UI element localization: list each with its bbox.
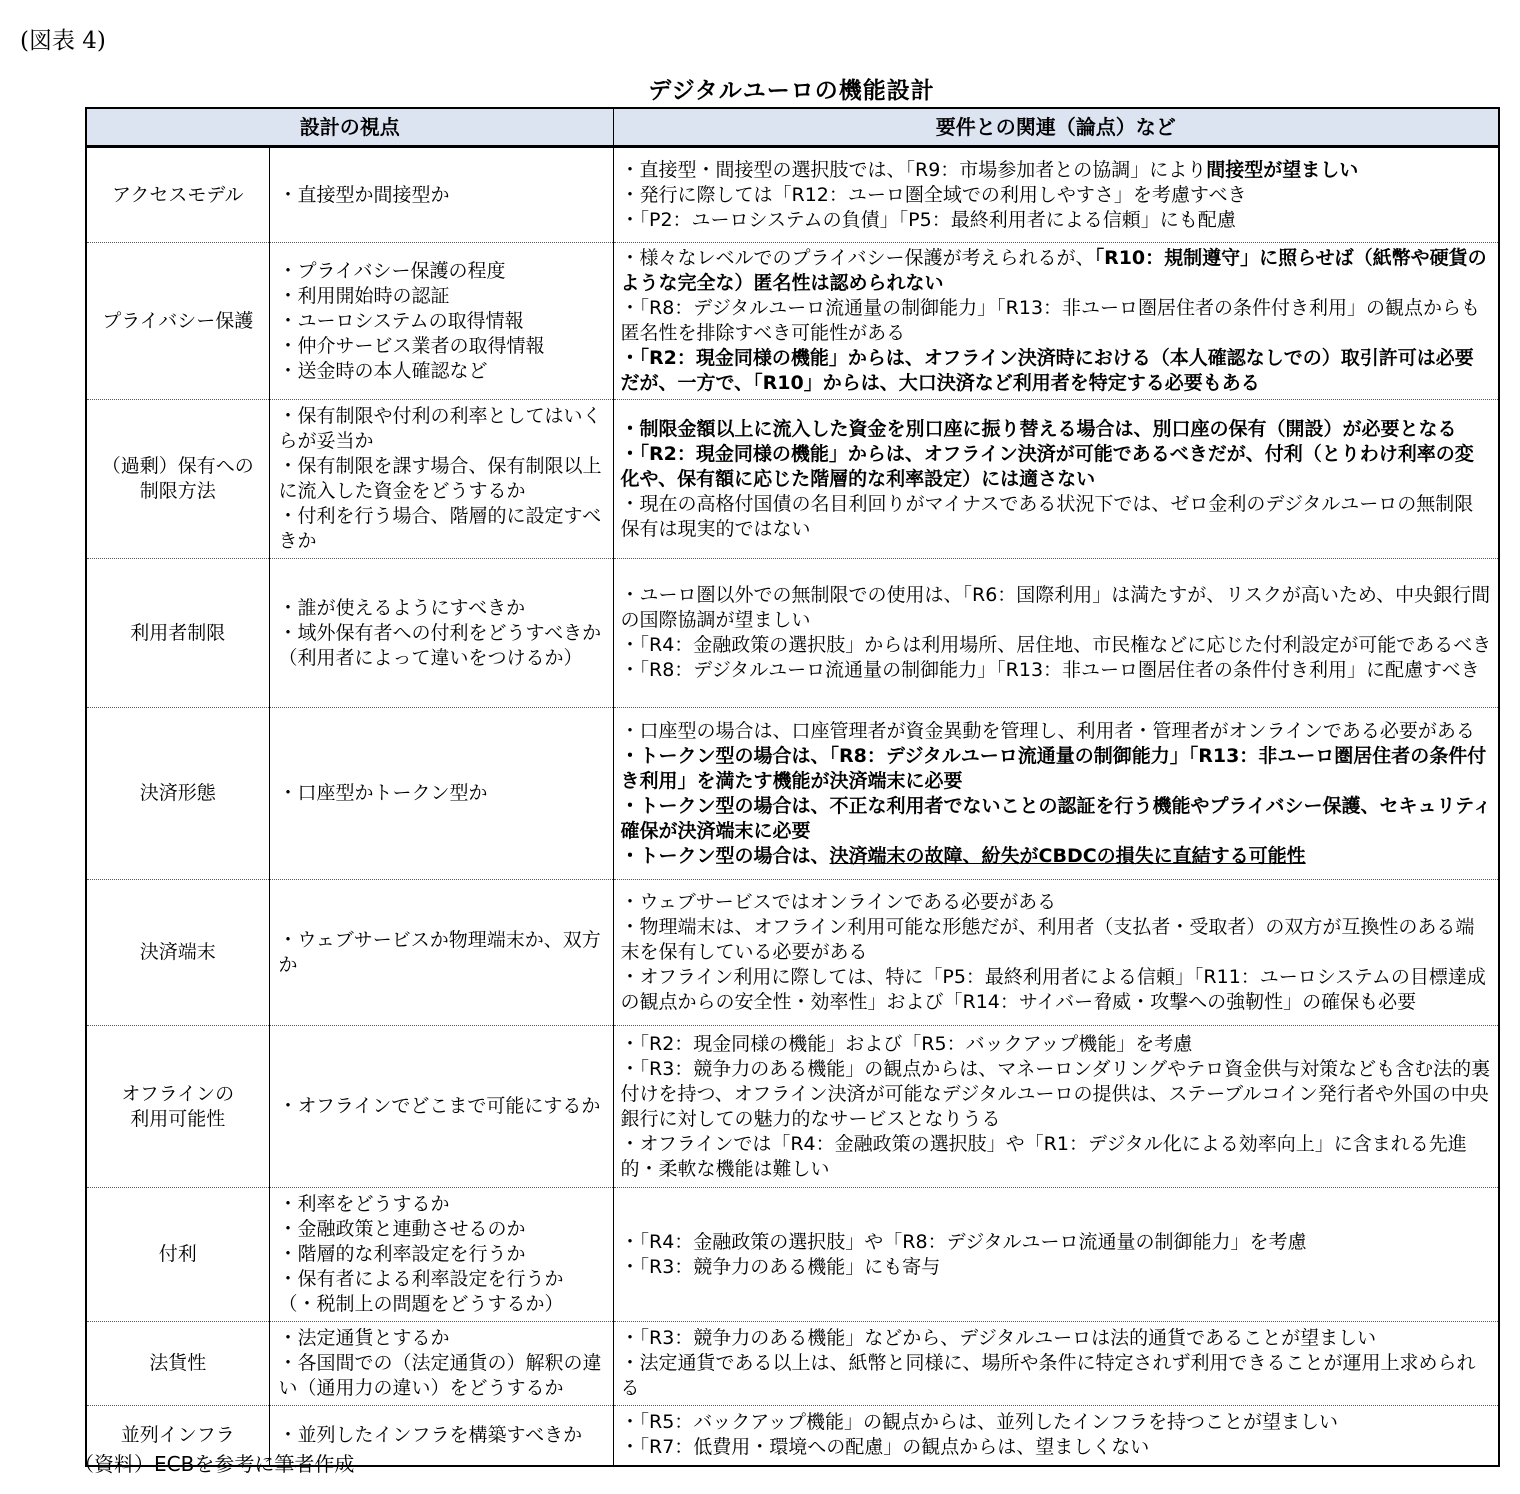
relations-cell: ・「R3：競争力のある機能」などから、デジタルユーロは法的通貨であることが望まし… <box>613 1322 1499 1406</box>
relations-cell: ・口座型の場合は、口座管理者が資金異動を管理し、利用者・管理者がオンラインである… <box>613 708 1499 880</box>
figure-label: (図表 4) <box>20 22 106 55</box>
page-title: デジタルユーロの機能設計 <box>85 72 1498 105</box>
viewpoint-item: ・各国間での（法定通貨の）解釈の違い（通用力の違い）をどうするか <box>279 1351 609 1401</box>
viewpoint-item: ・保有者による利率設定を行うか <box>279 1267 609 1292</box>
viewpoint-item: ・並列したインフラを構築すべきか <box>279 1423 609 1448</box>
relation-item: ・制限金額以上に流入した資金を別口座に振り替える場合は、別口座の保有（開設）が必… <box>621 417 1493 442</box>
table-row: アクセスモデル ・直接型か間接型か ・直接型・間接型の選択肢では、「R9：市場参… <box>86 147 1499 243</box>
relation-item: ・「R2：現金同様の機能」および「R5：バックアップ機能」を考慮 <box>621 1032 1493 1057</box>
viewpoint-item: ・誰が使えるようにすべきか <box>279 596 609 621</box>
table-row: プライバシー保護 ・プライバシー保護の程度 ・利用開始時の認証 ・ユーロシステム… <box>86 243 1499 400</box>
category-cell: 利用者制限 <box>86 559 269 708</box>
table-row: 付利 ・利率をどうするか ・金融政策と連動させるのか ・階層的な利率設定を行うか… <box>86 1188 1499 1322</box>
relation-item: ・「R3：競争力のある機能」の観点からは、マネーロンダリングやテロ資金供与対策な… <box>621 1057 1493 1132</box>
relation-item: ・トークン型の場合は、「R8：デジタルユーロ流通量の制御能力」「R13：非ユーロ… <box>621 744 1493 794</box>
relation-item: ・様々なレベルでのプライバシー保護が考えられるが、「R10：規制遵守」に照らせば… <box>621 246 1493 296</box>
relations-cell: ・制限金額以上に流入した資金を別口座に振り替える場合は、別口座の保有（開設）が必… <box>613 400 1499 559</box>
viewpoint-item: ・オフラインでどこまで可能にするか <box>279 1094 609 1119</box>
relations-cell: ・ユーロ圏以外での無制限での使用は、「R6：国際利用」は満たすが、リスクが高いた… <box>613 559 1499 708</box>
relation-item: ・「R8：デジタルユーロ流通量の制御能力」「R13：非ユーロ圏居住者の条件付き利… <box>621 658 1493 683</box>
relation-item: ・オフライン利用に際しては、特に「P5：最終利用者による信頼」「R11：ユーロシ… <box>621 965 1493 1015</box>
viewpoint-item: ・仲介サービス業者の取得情報 <box>279 334 609 359</box>
relations-cell: ・直接型・間接型の選択肢では、「R9：市場参加者との協調」により間接型が望ましい… <box>613 147 1499 243</box>
viewpoints-cell: ・プライバシー保護の程度 ・利用開始時の認証 ・ユーロシステムの取得情報 ・仲介… <box>269 243 613 400</box>
viewpoints-cell: ・口座型かトークン型か <box>269 708 613 880</box>
relation-item: ・現在の高格付国債の名目利回りがマイナスである状況下では、ゼロ金利のデジタルユー… <box>621 492 1493 542</box>
relation-item: ・「P2：ユーロシステムの負債」「P5：最終利用者による信頼」にも配慮 <box>621 208 1493 233</box>
viewpoint-item: （・税制上の問題をどうするか） <box>279 1292 609 1317</box>
viewpoint-item: ・ユーロシステムの取得情報 <box>279 309 609 334</box>
relations-cell: ・「R4：金融政策の選択肢」や「R8：デジタルユーロ流通量の制御能力」を考慮 ・… <box>613 1188 1499 1322</box>
relation-item: ・「R2：現金同様の機能」からは、オフライン決済が可能であるべきだが、付利（とり… <box>621 442 1493 492</box>
table-row: 決済端末 ・ウェブサービスか物理端末か、双方か ・ウェブサービスではオンラインで… <box>86 880 1499 1026</box>
viewpoints-cell: ・法定通貨とするか ・各国間での（法定通貨の）解釈の違い（通用力の違い）をどうす… <box>269 1322 613 1406</box>
relations-cell: ・「R5：バックアップ機能」の観点からは、並列したインフラを持つことが望ましい … <box>613 1406 1499 1466</box>
table-row: 決済形態 ・口座型かトークン型か ・口座型の場合は、口座管理者が資金異動を管理し… <box>86 708 1499 880</box>
relation-item: ・ユーロ圏以外での無制限での使用は、「R6：国際利用」は満たすが、リスクが高いた… <box>621 583 1493 633</box>
viewpoint-item: ・法定通貨とするか <box>279 1326 609 1351</box>
relation-item: ・法定通貨である以上は、紙幣と同様に、場所や条件に特定されず利用できることが運用… <box>621 1351 1493 1401</box>
header-row: 設計の視点 要件との関連（論点）など <box>86 108 1499 147</box>
relation-item: ・発行に際しては「R12：ユーロ圏全域での利用しやすさ」を考慮すべき <box>621 183 1493 208</box>
relations-cell: ・様々なレベルでのプライバシー保護が考えられるが、「R10：規制遵守」に照らせば… <box>613 243 1499 400</box>
viewpoints-cell: ・直接型か間接型か <box>269 147 613 243</box>
category-cell: プライバシー保護 <box>86 243 269 400</box>
viewpoint-item: ・付利を行う場合、階層的に設定すべきか <box>279 504 609 554</box>
relation-item: ・「R8：デジタルユーロ流通量の制御能力」「R13：非ユーロ圏居住者の条件付き利… <box>621 296 1493 346</box>
viewpoint-item: ・保有制限や付利の利率としてはいくらが妥当か <box>279 404 609 454</box>
viewpoint-item: ・利率をどうするか <box>279 1192 609 1217</box>
header-requirement-relation: 要件との関連（論点）など <box>613 108 1499 147</box>
viewpoints-cell: ・オフラインでどこまで可能にするか <box>269 1026 613 1188</box>
viewpoints-cell: ・利率をどうするか ・金融政策と連動させるのか ・階層的な利率設定を行うか ・保… <box>269 1188 613 1322</box>
relation-item: ・直接型・間接型の選択肢では、「R9：市場参加者との協調」により間接型が望ましい <box>621 158 1493 183</box>
relation-item: ・ウェブサービスではオンラインである必要がある <box>621 890 1493 915</box>
viewpoint-item: ・口座型かトークン型か <box>279 781 609 806</box>
viewpoints-cell: ・保有制限や付利の利率としてはいくらが妥当か ・保有制限を課す場合、保有制限以上… <box>269 400 613 559</box>
relation-item: ・オフラインでは「R4：金融政策の選択肢」や「R1：デジタル化による効率向上」に… <box>621 1132 1493 1182</box>
relation-item: ・口座型の場合は、口座管理者が資金異動を管理し、利用者・管理者がオンラインである… <box>621 719 1493 744</box>
design-table: 設計の視点 要件との関連（論点）など アクセスモデル ・直接型か間接型か ・直接… <box>85 107 1500 1467</box>
table-row: （過剰）保有への 制限方法 ・保有制限や付利の利率としてはいくらが妥当か ・保有… <box>86 400 1499 559</box>
viewpoint-item: ・階層的な利率設定を行うか <box>279 1242 609 1267</box>
source-note: （資料）ECBを参考に筆者作成 <box>74 1448 354 1477</box>
relation-item: ・「R5：バックアップ機能」の観点からは、並列したインフラを持つことが望ましい <box>621 1410 1493 1435</box>
viewpoints-cell: ・誰が使えるようにすべきか ・域外保有者への付利をどうすべきか（利用者によって違… <box>269 559 613 708</box>
relation-item: ・トークン型の場合は、決済端末の故障、紛失がCBDCの損失に直結する可能性 <box>621 844 1493 869</box>
table-row: オフラインの 利用可能性 ・オフラインでどこまで可能にするか ・「R2：現金同様… <box>86 1026 1499 1188</box>
category-cell: 付利 <box>86 1188 269 1322</box>
relation-item: ・「R3：競争力のある機能」にも寄与 <box>621 1255 1493 1280</box>
category-cell: 決済端末 <box>86 880 269 1026</box>
relation-item: ・トークン型の場合は、不正な利用者でないことの認証を行う機能やプライバシー保護、… <box>621 794 1493 844</box>
viewpoint-item: ・ウェブサービスか物理端末か、双方か <box>279 928 609 978</box>
viewpoint-item: ・直接型か間接型か <box>279 183 609 208</box>
header-design-viewpoint: 設計の視点 <box>86 108 613 147</box>
table-row: 利用者制限 ・誰が使えるようにすべきか ・域外保有者への付利をどうすべきか（利用… <box>86 559 1499 708</box>
document-page: (図表 4) デジタルユーロの機能設計 設計の視点 要件との関連（論点）など ア… <box>0 0 1520 1494</box>
viewpoint-item: ・金融政策と連動させるのか <box>279 1217 609 1242</box>
viewpoints-cell: ・ウェブサービスか物理端末か、双方か <box>269 880 613 1026</box>
category-cell: 決済形態 <box>86 708 269 880</box>
relation-item: ・「R3：競争力のある機能」などから、デジタルユーロは法的通貨であることが望まし… <box>621 1326 1493 1351</box>
category-cell: オフラインの 利用可能性 <box>86 1026 269 1188</box>
viewpoint-item: ・利用開始時の認証 <box>279 284 609 309</box>
viewpoint-item: ・プライバシー保護の程度 <box>279 259 609 284</box>
relation-item: ・物理端末は、オフライン利用可能な形態だが、利用者（支払者・受取者）の双方が互換… <box>621 915 1493 965</box>
relation-item: ・「R4：金融政策の選択肢」や「R8：デジタルユーロ流通量の制御能力」を考慮 <box>621 1230 1493 1255</box>
table-row: 法貨性 ・法定通貨とするか ・各国間での（法定通貨の）解釈の違い（通用力の違い）… <box>86 1322 1499 1406</box>
relation-item: ・「R2：現金同様の機能」からは、オフライン決済時における（本人確認なしでの）取… <box>621 346 1493 396</box>
viewpoint-item: ・域外保有者への付利をどうすべきか（利用者によって違いをつけるか） <box>279 621 609 671</box>
relations-cell: ・ウェブサービスではオンラインである必要がある ・物理端末は、オフライン利用可能… <box>613 880 1499 1026</box>
category-cell: 法貨性 <box>86 1322 269 1406</box>
category-cell: （過剰）保有への 制限方法 <box>86 400 269 559</box>
relation-item: ・「R4：金融政策の選択肢」からは利用場所、居住地、市民権などに応じた付利設定が… <box>621 633 1493 658</box>
relations-cell: ・「R2：現金同様の機能」および「R5：バックアップ機能」を考慮 ・「R3：競争… <box>613 1026 1499 1188</box>
viewpoint-item: ・送金時の本人確認など <box>279 359 609 384</box>
relation-item: ・「R7：低費用・環境への配慮」の観点からは、望ましくない <box>621 1435 1493 1460</box>
category-cell: アクセスモデル <box>86 147 269 243</box>
viewpoint-item: ・保有制限を課す場合、保有制限以上に流入した資金をどうするか <box>279 454 609 504</box>
